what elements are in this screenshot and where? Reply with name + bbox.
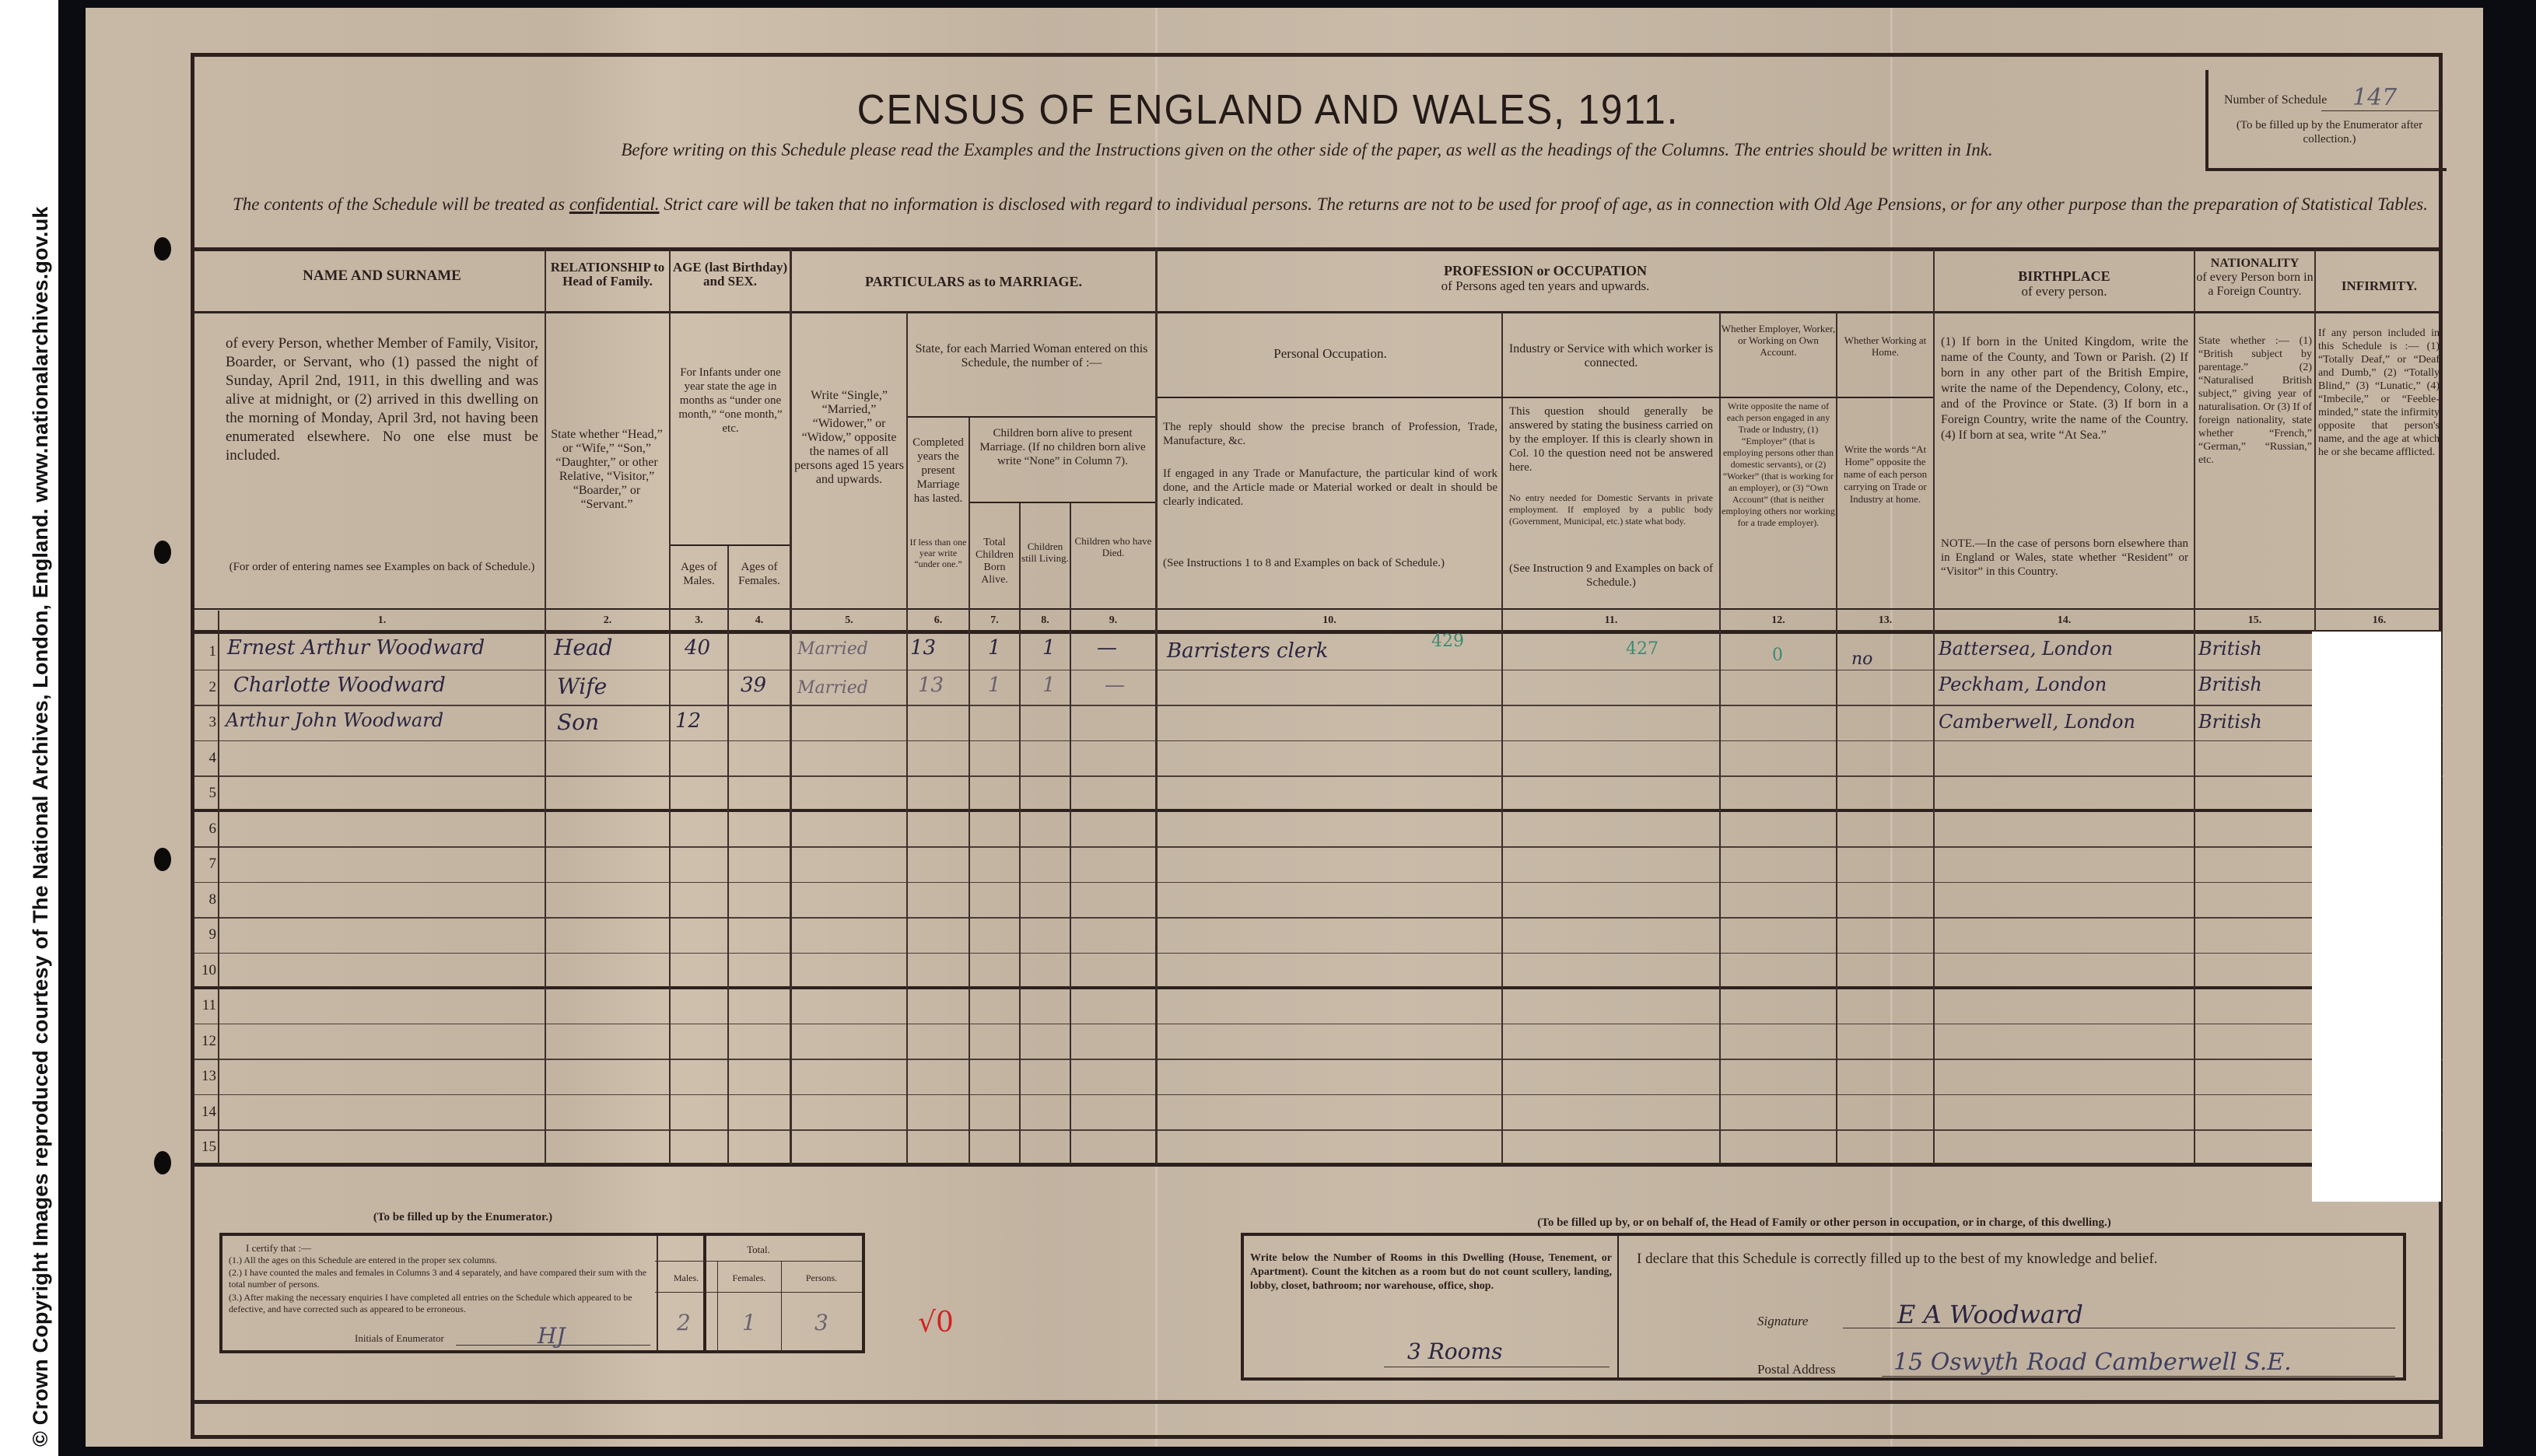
col3-sub: Ages of Males. <box>671 560 727 588</box>
row1-born-alive[interactable]: 1 <box>988 636 1001 660</box>
household-box: Write below the Number of Rooms in this … <box>1241 1233 2406 1381</box>
col13-instructions: Write the words “At Home” opposite the n… <box>1837 443 1933 506</box>
col10-note: (See Instructions 1 to 8 and Examples on… <box>1163 556 1497 570</box>
row-number: 1 <box>193 643 216 660</box>
row-rule <box>194 882 2443 884</box>
total-males[interactable]: 2 <box>677 1310 691 1335</box>
col10-sub: Personal Occupation. <box>1159 346 1501 362</box>
page-title: CENSUS OF ENGLAND AND WALES, 1911. <box>101 86 2434 134</box>
confidential-word: confidential. <box>569 194 660 214</box>
row-number: 12 <box>193 1033 216 1050</box>
row1-years-married[interactable]: 13 <box>910 636 936 660</box>
confidentiality-notice: The contents of the Schedule will be tre… <box>210 193 2450 216</box>
form-frame <box>191 53 2443 1439</box>
row2-birthplace[interactable]: Peckham, London <box>1939 674 2107 695</box>
row-number: 7 <box>193 856 216 873</box>
row3-relationship[interactable]: Son <box>557 709 599 735</box>
col16-instructions: If any person included in this Schedule … <box>2318 327 2440 459</box>
row1-relationship[interactable]: Head <box>554 635 613 660</box>
bottom-rule <box>194 1400 2443 1404</box>
row1-name[interactable]: Ernest Arthur Woodward <box>227 636 485 660</box>
row-number: 14 <box>193 1104 216 1121</box>
col3-instructions: For Infants under one year state the age… <box>673 366 788 436</box>
row1-occupation[interactable]: Barristers clerk <box>1167 639 1328 663</box>
row-rule <box>194 775 2443 777</box>
row-number: 15 <box>193 1139 216 1156</box>
table-bottom-rule <box>194 1163 2443 1167</box>
row2-died[interactable]: — <box>1105 674 1125 697</box>
col14-instructions: (1) If born in the United Kingdom, write… <box>1941 334 2188 443</box>
col6-note: If less than one year write “under one.” <box>908 537 969 569</box>
row-number: 5 <box>193 785 216 802</box>
rooms-instructions: Write below the Number of Rooms in this … <box>1250 1251 1612 1293</box>
col3-heading: AGE (last Birthday) and SEX. <box>671 261 790 289</box>
enumerator-initials[interactable]: HJ <box>538 1323 566 1349</box>
punch-hole <box>154 848 171 871</box>
row-rule <box>194 705 2443 706</box>
col11-instructions-2: No entry needed for Domestic Servants in… <box>1509 492 1713 527</box>
total-females[interactable]: 1 <box>742 1310 756 1335</box>
household-heading: (To be filled up by, or on behalf of, th… <box>1241 1215 2408 1230</box>
col12-sub: Whether Employer, Worker, or Working on … <box>1721 323 1836 358</box>
row-rule <box>194 670 2443 671</box>
table-top-rule <box>194 247 2443 251</box>
row-rule <box>194 917 2443 919</box>
row-number: 9 <box>193 926 216 943</box>
punch-hole <box>154 237 171 261</box>
row2-age-female[interactable]: 39 <box>741 674 766 697</box>
col13-sub: Whether Working at Home. <box>1837 334 1933 358</box>
col9-sub: Children who have Died. <box>1071 535 1155 558</box>
row2-born-alive[interactable]: 1 <box>988 674 1001 697</box>
col5-instructions: Write “Single,” “Married,” “Widower,” or… <box>793 389 905 487</box>
row1-industry-code: 427 <box>1626 639 1659 659</box>
schedule-number-label: Number of Schedule <box>2224 93 2327 107</box>
col10-instructions: The reply should show the precise branch… <box>1163 420 1497 448</box>
col12-instructions: Write opposite the name of each person e… <box>1721 401 1836 529</box>
total-persons[interactable]: 3 <box>814 1310 828 1335</box>
row1-employer-code: 0 <box>1772 646 1783 665</box>
row3-nationality[interactable]: British <box>2198 711 2262 733</box>
row-number: 6 <box>193 821 216 838</box>
copyright-text: © Crown Copyright Images reproduced cour… <box>29 206 53 1447</box>
enumerator-heading: (To be filled up by the Enumerator.) <box>219 1209 706 1225</box>
row1-living[interactable]: 1 <box>1042 636 1056 660</box>
row1-age-male[interactable]: 40 <box>685 636 710 660</box>
row2-years-married[interactable]: 13 <box>918 674 944 697</box>
col1-note: (For order of entering names see Example… <box>226 560 538 574</box>
row3-age-male[interactable]: 12 <box>675 709 701 733</box>
row-number: 8 <box>193 891 216 908</box>
col14-note: NOTE.—In the case of persons born elsewh… <box>1941 537 2188 579</box>
nationality-heading: NATIONALITYof every Person born in a For… <box>2195 257 2314 299</box>
redaction-block <box>2312 632 2441 1202</box>
col6-instructions: Completed years the present Marriage has… <box>908 436 969 506</box>
infirmity-heading: INFIRMITY. <box>2316 278 2443 294</box>
row-number: 4 <box>193 750 216 767</box>
postal-address-label: Postal Address <box>1757 1362 1897 1377</box>
row-rule <box>194 1129 2443 1131</box>
punch-hole <box>154 1151 171 1174</box>
row-number: 13 <box>193 1068 216 1085</box>
col11-instructions: This question should generally be answer… <box>1509 404 1713 474</box>
row-rule <box>194 1094 2443 1096</box>
children-group: Children born alive to present Marriage.… <box>972 426 1153 468</box>
row-number: 11 <box>193 997 216 1014</box>
row1-at-home[interactable]: no <box>1851 649 1872 669</box>
married-woman-group: State, for each Married Woman entered on… <box>910 342 1153 370</box>
row2-relationship[interactable]: Wife <box>557 674 607 699</box>
rooms-value[interactable]: 3 Rooms <box>1407 1339 1502 1364</box>
colnum-rule <box>194 630 2443 634</box>
col1-instructions: of every Person, whether Member of Famil… <box>226 334 538 465</box>
row-number: 2 <box>193 679 216 696</box>
row-number: 3 <box>193 714 216 731</box>
row2-living[interactable]: 1 <box>1042 674 1056 697</box>
instructions-rule <box>194 608 2443 610</box>
col7-sub: Total Children Born Alive. <box>970 537 1019 586</box>
scan-border-left <box>58 0 88 1456</box>
scan-border-bottom <box>58 1445 2536 1456</box>
postal-address-value[interactable]: 15 Oswyth Road Camberwell S.E. <box>1893 1349 2292 1376</box>
row1-birthplace[interactable]: Battersea, London <box>1939 638 2113 660</box>
schedule-number-value[interactable]: 147 <box>2352 84 2397 111</box>
row2-name[interactable]: Charlotte Woodward <box>233 674 446 697</box>
row1-died[interactable]: — <box>1097 636 1117 660</box>
col1-heading: NAME AND SURNAME <box>219 268 545 284</box>
row3-birthplace[interactable]: Camberwell, London <box>1939 711 2135 733</box>
row2-nationality[interactable]: British <box>2198 674 2262 695</box>
col15-instructions: State whether :— (1) “British subject by… <box>2198 334 2312 467</box>
scan-border-right <box>2483 0 2536 1456</box>
row-rule <box>194 740 2443 742</box>
row-rule <box>194 953 2443 954</box>
col8-sub: Children still Living. <box>1021 541 1070 564</box>
signature-value[interactable]: E A Woodward <box>1897 1300 2083 1329</box>
row3-name[interactable]: Arthur John Woodward <box>226 709 443 731</box>
heading-rule <box>194 311 2443 313</box>
row10-rule <box>194 986 2443 989</box>
red-check-mark: √0 <box>918 1307 954 1339</box>
enumerator-box: I certify that :— (1.) All the ages on t… <box>219 1233 706 1353</box>
signature-label: Signature <box>1757 1314 1851 1329</box>
punch-hole <box>154 541 171 564</box>
col11-note: (See Instruction 9 and Examples on back … <box>1509 562 1713 590</box>
row1-occupation-code: 429 <box>1431 632 1464 651</box>
birthplace-heading: BIRTHPLACEof every person. <box>1935 268 2194 299</box>
row2-marriage[interactable]: Married <box>797 678 868 698</box>
occupation-heading: PROFESSION or OCCUPATIONof Persons aged … <box>1158 263 1933 294</box>
row1-nationality[interactable]: British <box>2198 638 2262 660</box>
subtitle-instructions: Before writing on this Schedule please r… <box>436 140 2178 160</box>
row-rule <box>194 1024 2443 1025</box>
copyright-strip: © Crown Copyright Images reproduced cour… <box>0 0 58 1456</box>
col4-sub: Ages of Females. <box>729 560 790 588</box>
declaration-text: I declare that this Schedule is correctl… <box>1637 1251 2399 1267</box>
totals-box: Total. Males. Females. Persons. 2 1 3 <box>655 1233 865 1353</box>
row5-rule <box>194 809 2443 812</box>
row-rule <box>194 846 2443 848</box>
row-number: 10 <box>193 962 216 979</box>
col11-sub: Industry or Service with which worker is… <box>1505 342 1717 370</box>
row-rule <box>194 1059 2443 1060</box>
schedule-number-note: (To be filled up by the Enumerator after… <box>2215 118 2444 146</box>
col10-instructions-2: If engaged in any Trade or Manufacture, … <box>1163 467 1497 509</box>
marriage-heading: PARTICULARS as to MARRIAGE. <box>792 274 1155 289</box>
col2-heading: RELATIONSHIP to Head of Family. <box>546 261 669 289</box>
col2-instructions: State whether “Head,” or “Wife,” “Son,” … <box>548 428 665 512</box>
row1-marriage[interactable]: Married <box>797 639 868 659</box>
schedule-number-box: Number of Schedule 147 (To be filled up … <box>2205 70 2447 171</box>
